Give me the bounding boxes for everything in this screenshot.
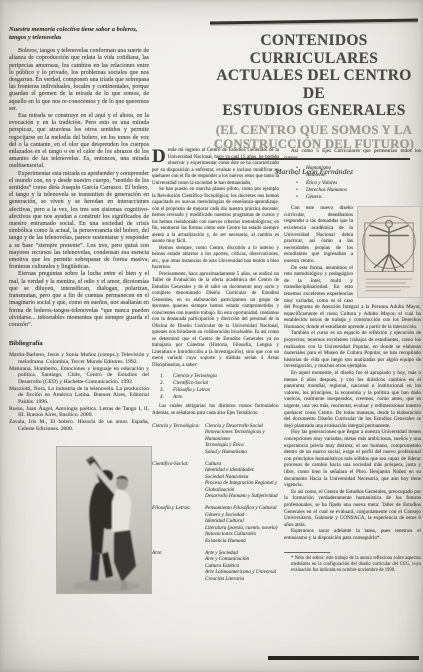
area-item: 2.Científico-Social xyxy=(160,380,279,387)
area-number: 4. xyxy=(160,394,173,401)
paragraph: Con este nuevo diseño curricular, deseáb… xyxy=(284,205,421,264)
axis-item: Derechos Humanos xyxy=(296,187,421,194)
tango-dancers-photo xyxy=(56,446,152,594)
axis-item: Innovaciones Tecnológicas y Humanismo xyxy=(205,429,279,442)
bibliography-entry: Martín-Barbero, Jesús y Sonia Muñoz (com… xyxy=(9,352,149,365)
subtitle-line: (EL CENTRO QUE SOMOS Y LA xyxy=(216,123,412,137)
area-item: 4.Arte. xyxy=(160,394,279,401)
axis-item: Arte Latinoamericano y Universal xyxy=(205,569,279,575)
paragraph: Experimentar esta mirada es aprehender y… xyxy=(9,171,149,272)
area-item: 3.Filosofía y Letras xyxy=(160,387,279,394)
axis-item: Salud y Humanismo xyxy=(205,449,279,455)
drop-cap: D xyxy=(152,148,168,164)
vitruvian-man-figure xyxy=(357,206,421,298)
disciplinary-areas-list: 1.Ciencia y Tecnología 2.Científico-Soci… xyxy=(160,373,279,401)
area-label: Arte. xyxy=(173,394,183,401)
bibliography-entry: Russo, Juan Ángel, Antología poética. Le… xyxy=(9,406,149,419)
axis-item: Proceso de Integración Regional y Global… xyxy=(205,480,279,493)
title-line: ESTUDIOS GENERALES xyxy=(222,102,405,119)
area-number: 2. xyxy=(160,380,173,387)
title-line: ACTUALES DEL CENTRO DE xyxy=(216,67,411,102)
curricular-axes-list: Humanismo Ambiente Ética y Valores Derec… xyxy=(296,165,421,201)
axis-item: Existencia Humana xyxy=(205,538,279,544)
paragraph: Las cuales abrigarían los distintos curs… xyxy=(152,404,279,417)
area-label: Científico-Social xyxy=(173,380,208,387)
paragraph: Así como 5 Ejes Curriculares que permear… xyxy=(284,148,421,161)
article-title: CONTENIDOS CURRICULARES ACTUALES DEL CEN… xyxy=(208,32,420,120)
editor-footnote: * Nota del editor: este trabajo de la au… xyxy=(284,556,421,573)
area-number: 3. xyxy=(160,387,173,394)
axis-item: Ambiente xyxy=(296,172,421,179)
paragraph: También el curso es un espacio de reflex… xyxy=(284,330,421,370)
axis-item: Pensamiento Filosófico y Cultural xyxy=(205,505,279,511)
scanned-journal-page: Nuestra memoria colectiva tiene sabor a … xyxy=(0,0,423,672)
area-item: 1.Ciencia y Tecnología xyxy=(160,373,279,380)
left-column: Nuestra memoria colectiva tiene sabor a … xyxy=(9,26,149,594)
paragraph: En aquel momento, el diseño fue el aprop… xyxy=(284,370,421,429)
axes-group-label: Filosofía y Letras: xyxy=(152,505,205,543)
paragraph: Es así como, el Centro de Estudios Gener… xyxy=(284,489,421,529)
thematic-axes-group: Ciencia y Tecnológica: Ciencia y Desarro… xyxy=(152,423,279,455)
axis-item: Ética y Valores xyxy=(296,180,421,187)
axes-group-items: Ciencia y Desarrollo Social Innovaciones… xyxy=(205,423,279,455)
axes-group-label: Ciencia y Tecnológica: xyxy=(152,423,205,455)
paragraph: Hemos siempre, como Centro, discutido a … xyxy=(152,246,279,272)
bibliography-heading: Bibliografía xyxy=(9,340,149,347)
axis-item: Género. xyxy=(296,194,421,201)
footnote-rule xyxy=(284,552,330,553)
main-column-right: Así como 5 Ejes Curriculares que permear… xyxy=(284,148,421,574)
paragraph: Esa mirada se construye en el aquí y el … xyxy=(9,113,149,171)
paragraph: Desde mi ingreso al Centro de Estudios G… xyxy=(152,148,279,187)
bibliography-entry: Mazziotti, Nora, La industria de la tele… xyxy=(9,386,149,406)
axis-item: Desarrollo Humano y Subjetividad xyxy=(205,493,279,499)
paragraph: Precisamente, hace aproximadamente 5 año… xyxy=(152,272,279,370)
area-number: 1. xyxy=(160,373,173,380)
paragraph-text: esde mi ingreso al Centro de Estudios Ge… xyxy=(152,148,279,186)
paragraph: Eternas preguntas sobre la lucha entre e… xyxy=(9,271,149,329)
thematic-axes-group: Filosofía y Letras: Pensamiento Filosófi… xyxy=(152,505,279,543)
axes-group-label: Arte: xyxy=(152,550,205,582)
area-label: Ciencia y Tecnología xyxy=(173,373,217,380)
left-article-subhead: Nuestra memoria colectiva tiene sabor a … xyxy=(9,26,149,41)
title-line: CONTENIDOS CURRICULARES xyxy=(250,32,378,67)
paragraph: Se han puesto en marcha planes piloto, c… xyxy=(152,187,279,246)
end-of-article-rule xyxy=(268,656,419,660)
area-label: Filosofía y Letras xyxy=(173,387,210,394)
paragraph: Boleros, tangos y telenovelas conforman … xyxy=(9,48,149,113)
paragraph: Esperamos sacar adelante la tarea, pues … xyxy=(284,528,421,541)
main-column-left: Desde mi ingreso al Centro de Estudios G… xyxy=(152,148,279,582)
axis-item: Creación Literaria xyxy=(205,576,279,582)
axes-group-items: Pensamiento Filosófico y Cultural Género… xyxy=(205,505,279,543)
paragraph-text: Con este nuevo diseño curricular, deseáb… xyxy=(284,205,353,264)
top-rule xyxy=(210,19,418,25)
thematic-axes-group: Científico-Social: Cultura Identidad e i… xyxy=(152,461,279,499)
axes-group-items: Cultura Identidad e identidades Sociedad… xyxy=(205,461,279,499)
thematic-axes-group: Arte: Arte y Sociedad Arte y Comunicació… xyxy=(152,550,279,582)
axes-group-items: Arte y Sociedad Arte y Comunicación Cult… xyxy=(205,550,279,582)
bibliography-entry: Zavala, Iris M., El bolero. Historia de … xyxy=(9,419,149,432)
paragraph: Hoy las generaciones que llegan a nuestr… xyxy=(284,429,421,488)
bibliography-entry: Maturana, Humberto, Emociones y lenguaje… xyxy=(9,366,149,386)
axes-group-label: Científico-Social: xyxy=(152,461,205,499)
